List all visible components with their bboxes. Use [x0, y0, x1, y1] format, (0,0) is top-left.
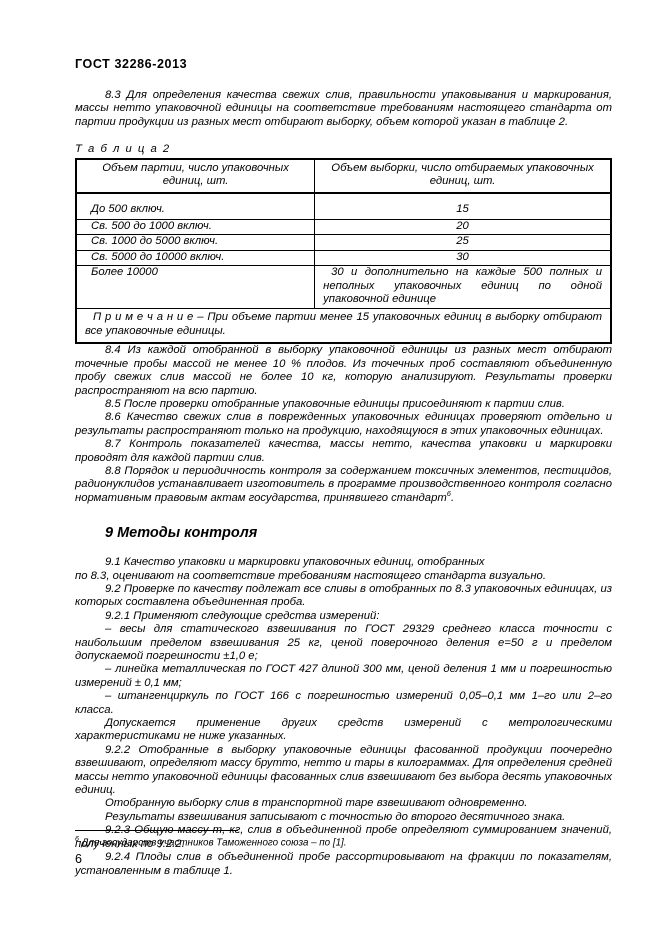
list-item-scales: – весы для статического взвешивания по Г… — [75, 623, 612, 663]
clause-9-2-1: 9.2.1 Применяют следующие средства измер… — [75, 610, 612, 623]
footnote: 6 Для государств участников Таможенного … — [75, 834, 612, 849]
table-row: Св. 5000 до 10000 включ. 30 — [76, 250, 611, 265]
footnote-text: Для государств участников Таможенного со… — [82, 837, 347, 848]
section-9-heading: 9 Методы контроля — [105, 525, 612, 541]
clause-8-8-text: 8.8 Порядок и периодичность контроля за … — [75, 465, 612, 504]
document-page: ГОСТ 32286-2013 8.3 Для определения каче… — [0, 0, 661, 936]
table-cell-range: Св. 5000 до 10000 включ. — [76, 250, 315, 265]
clause-9-2: 9.2 Проверке по качеству подлежат все сл… — [75, 583, 612, 610]
table-cell-value: 30 и дополнительно на каждые 500 полных … — [315, 266, 611, 309]
page-content: ГОСТ 32286-2013 8.3 Для определения каче… — [75, 57, 612, 878]
table-cell-value: 20 — [315, 220, 611, 235]
page-footer: 6 Для государств участников Таможенного … — [75, 830, 612, 866]
table-cell-range: Св. 1000 до 5000 включ. — [76, 235, 315, 250]
table-cell-range: Св. 500 до 1000 включ. — [76, 220, 315, 235]
table-header-row: Объем партии, число упаковочных единиц, … — [76, 159, 611, 192]
table-row: До 500 включ. 15 — [76, 193, 611, 220]
clause-8-5: 8.5 После проверки отобранные упаковочны… — [75, 398, 612, 411]
table-cell-value: 25 — [315, 235, 611, 250]
list-item-caliper: – штангенциркуль по ГОСТ 166 с погрешнос… — [75, 690, 612, 717]
footnote-marker: 6 — [75, 836, 79, 843]
page-number: 6 — [75, 852, 612, 866]
table-2-label: Т а б л и ц а 2 — [75, 143, 612, 155]
table-cell-value: 30 — [315, 250, 611, 265]
table-cell-range: До 500 включ. — [76, 193, 315, 220]
clause-9-2-2: 9.2.2 Отобранные в выборку упаковочные е… — [75, 744, 612, 798]
table-2: Объем партии, число упаковочных единиц, … — [75, 158, 612, 344]
clause-allowance: Допускается применение других средств из… — [75, 717, 612, 744]
table-row: Св. 1000 до 5000 включ. 25 — [76, 235, 611, 250]
table-header-lot-volume: Объем партии, число упаковочных единиц, … — [76, 159, 315, 192]
table-cell-range: Более 10000 — [76, 266, 315, 309]
clause-8-6: 8.6 Качество свежих слив в поврежденных … — [75, 411, 612, 438]
table-row: Более 10000 30 и дополнительно на каждые… — [76, 266, 611, 309]
table-header-sample-volume: Объем выборки, число отбираемых упаковоч… — [315, 159, 611, 192]
list-item-ruler: – линейка металлическая по ГОСТ 427 длин… — [75, 663, 612, 690]
footnote-rule — [75, 830, 238, 831]
doc-code-header: ГОСТ 32286-2013 — [75, 57, 612, 71]
clause-8-8-period: . — [451, 492, 454, 504]
clause-weighing-results: Результаты взвешивания записывают с точн… — [75, 811, 612, 824]
clause-8-4: 8.4 Из каждой отобранной в выборку упако… — [75, 344, 612, 398]
clause-9-1-line1: 9.1 Качество упаковки и маркировки упако… — [75, 556, 612, 569]
table-note: П р и м е ч а н и е – При объеме партии … — [76, 309, 611, 343]
table-row: Св. 500 до 1000 включ. 20 — [76, 220, 611, 235]
clause-transport-weighing: Отобранную выборку слив в транспортной т… — [75, 797, 612, 810]
table-cell-value: 15 — [315, 193, 611, 220]
table-note-row: П р и м е ч а н и е – При объеме партии … — [76, 309, 611, 343]
clause-8-8: 8.8 Порядок и периодичность контроля за … — [75, 465, 612, 505]
clause-8-7: 8.7 Контроль показателей качества, массы… — [75, 438, 612, 465]
clause-8-3: 8.3 Для определения качества свежих слив… — [75, 89, 612, 129]
clause-9-1-line2: по 8.3, оценивают на соответствие требов… — [75, 570, 612, 583]
